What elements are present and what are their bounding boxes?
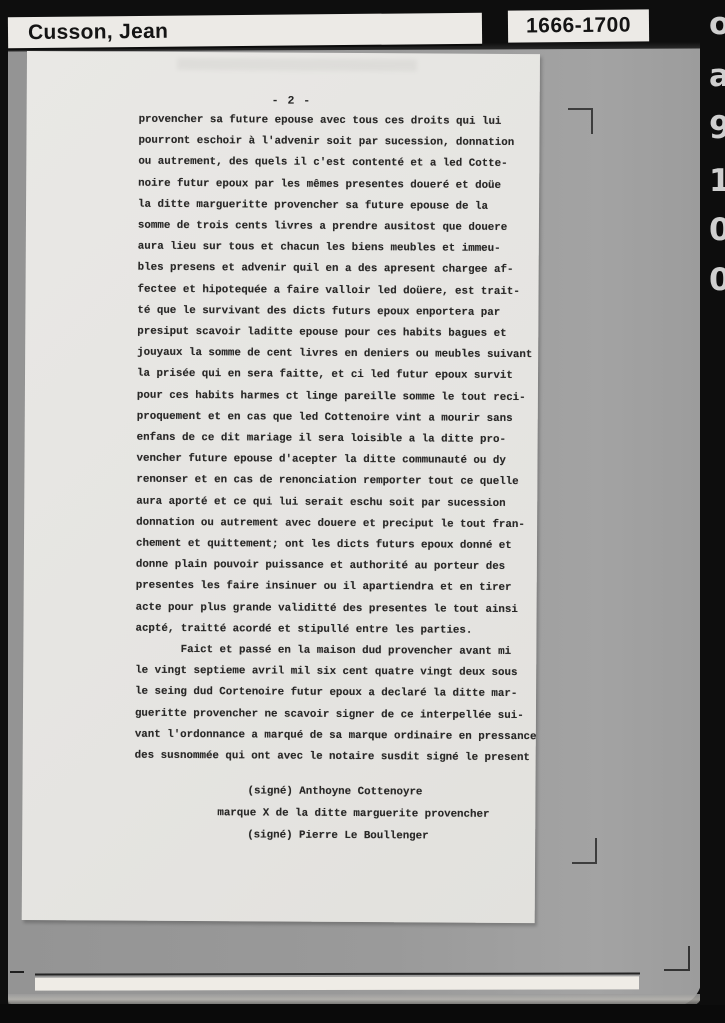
- film-edge-glyph: 0: [709, 212, 725, 248]
- text-line: presiput scavoir laditte epouse pour ces…: [137, 322, 533, 346]
- page-number: - 2 -: [272, 94, 312, 107]
- text-line: pour ces habits harmes ct linge pareille…: [137, 385, 533, 409]
- film-edge-glyph: o: [709, 6, 725, 42]
- crop-mark-left-dash: [10, 971, 24, 973]
- record-name-label: Cusson, Jean: [28, 19, 168, 44]
- text-line: vencher future epouse d'acepter la ditte…: [136, 449, 532, 473]
- text-line: aura aporté et ce qui lui serait eschu s…: [136, 491, 532, 515]
- crop-mark-bottom-right: [572, 838, 597, 864]
- document-body: provencher sa future epouse avec tous ce…: [135, 110, 535, 770]
- text-line: donnation ou autrement avec douere et pr…: [136, 513, 532, 537]
- text-line: la ditte margueritte provencher sa futur…: [138, 194, 534, 218]
- year-range-label: 1666-1700: [526, 13, 631, 38]
- text-line: pourront eschoir à l'advenir soit par su…: [138, 131, 534, 155]
- text-line: provencher sa future epouse avec tous ce…: [139, 110, 535, 134]
- film-edge-glyph: 1: [709, 163, 725, 199]
- signature-line: (signé) Anthoyne Cottenoyre: [247, 780, 489, 803]
- film-edge-glyph: 9: [709, 110, 725, 146]
- film-edge-strip: oa9100: [700, 0, 725, 1005]
- text-line: presentes les faire insinuer ou il apart…: [136, 576, 532, 600]
- text-line: acpté, traitté acordé et stipullé entre …: [135, 619, 531, 643]
- text-line: vant l'ordonnance a marqué de sa marque …: [135, 725, 531, 749]
- text-line: donne plain pouvoir puissance et authori…: [136, 555, 532, 579]
- text-line: renonser et en cas de renonciation rempo…: [136, 470, 532, 494]
- document-page: - 2 - provencher sa future epouse avec t…: [22, 51, 540, 923]
- text-line: le vingt septieme avril mil six cent qua…: [135, 661, 531, 685]
- text-line: le seing dud Cortenoire futur epoux a de…: [135, 682, 531, 706]
- text-line: enfans de ce dit mariage il sera loisibl…: [137, 428, 533, 452]
- text-line: Faict et passé en la maison dud provench…: [135, 640, 531, 664]
- bottom-blank-label-bar: [35, 976, 639, 990]
- signature-line: (signé) Pierre Le Boullenger: [247, 824, 489, 847]
- index-label-strip: Cusson, Jean: [8, 13, 482, 49]
- text-line: ou autrement, des quels il c'est content…: [138, 152, 534, 176]
- text-line: bles presens et advenir quil en a des ap…: [138, 258, 534, 282]
- text-line: proquement et en cas que led Cottenoire …: [137, 407, 533, 431]
- text-line: té que le survivant des dicts futurs epo…: [137, 301, 533, 325]
- film-edge-glyph: a: [709, 58, 725, 94]
- crop-mark-top-right: [568, 108, 593, 134]
- text-line: des susnommée qui ont avec le notaire su…: [135, 746, 531, 770]
- microfilm-scan: { "header": { "name_label": "Cusson, Jea…: [0, 0, 725, 1023]
- year-range-label-box: 1666-1700: [508, 9, 649, 42]
- film-bottom-black-band: [0, 1004, 725, 1023]
- crop-mark-frame-corner: [664, 946, 690, 971]
- text-line: fectee et hipotequée a faire valloir led…: [137, 279, 533, 303]
- text-line: chement et quittement; ont les dicts fut…: [136, 534, 532, 558]
- text-line: noire futur epoux par les mêmes presente…: [138, 173, 534, 197]
- signature-line: marque X de la ditte marguerite provench…: [217, 802, 489, 826]
- film-edge-glyph: 0: [709, 262, 725, 298]
- text-line: gueritte provencher ne scavoir signer de…: [135, 703, 531, 727]
- ghost-text-artifact: [177, 58, 417, 71]
- text-line: somme de trois cents livres a prendre au…: [138, 216, 534, 240]
- text-line: acte pour plus grande validitté des pres…: [136, 597, 532, 621]
- signature-block: (signé) Anthoyne Cottenoyremarque X de l…: [134, 780, 490, 848]
- text-line: la prisée qui en sera faitte, et ci led …: [137, 364, 533, 388]
- text-line: aura lieu sur tous et chacun les biens m…: [138, 237, 534, 261]
- text-line: jouyaux la somme de cent livres en denie…: [137, 343, 533, 367]
